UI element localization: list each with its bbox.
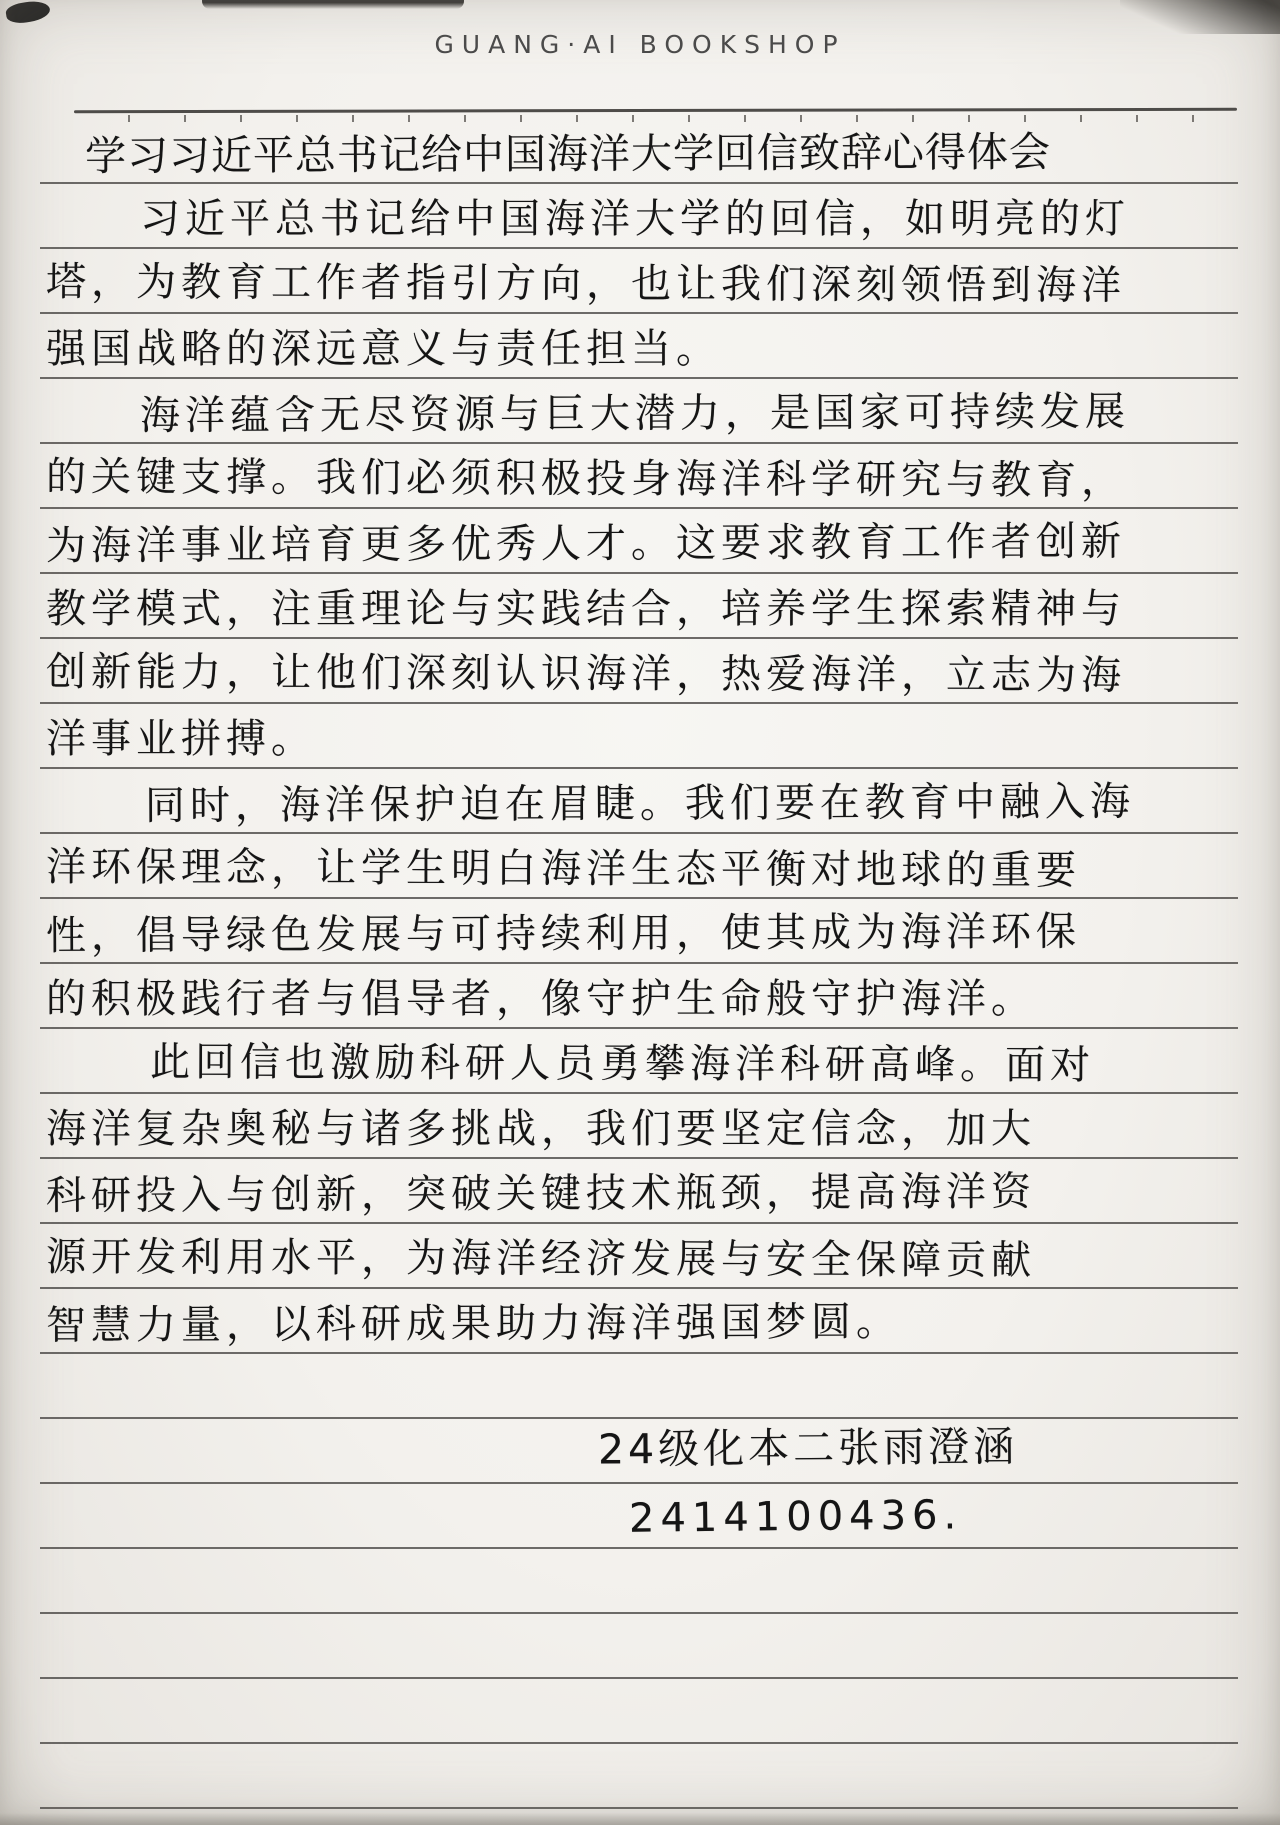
bookshop-brand-text: GUANG·AI BOOKSHOP (0, 30, 1280, 59)
ruled-line (40, 182, 1238, 184)
handwriting-line: 海洋蕴含无尽资源与巨大潜力，是国家可持续发展 (140, 392, 1130, 436)
ruled-line (40, 1677, 1238, 1679)
ruled-line (40, 1157, 1238, 1159)
ruled-line (40, 1807, 1238, 1809)
scan-smudge-top-left (5, 0, 52, 25)
handwriting-line: 为海洋事业培育更多优秀人才。这要求教育工作者创新 (46, 522, 1126, 567)
ruled-line (40, 377, 1238, 379)
handwriting-line: 塔，为教育工作者指引方向，也让我们深刻领悟到海洋 (46, 262, 1126, 306)
ruled-line (40, 507, 1238, 509)
handwriting-line: 洋环保理念，让学生明白海洋生态平衡对地球的重要 (46, 847, 1081, 891)
notebook-page: GUANG·AI BOOKSHOP 学习习近平总书记给中国海洋大学回信致辞心得体… (0, 0, 1280, 1825)
handwriting-line: 强国战略的深远意义与责任担当。 (46, 329, 721, 369)
ruled-line (40, 832, 1238, 834)
ruled-line (40, 442, 1238, 444)
handwriting-line: 同时，海洋保护迫在眉睫。我们要在教育中融入海 (145, 782, 1135, 826)
ruled-line (40, 897, 1238, 899)
ruled-line (40, 572, 1238, 574)
ruled-line (40, 767, 1238, 769)
ruler-tick-marks (128, 115, 1214, 122)
ruled-line (40, 312, 1238, 314)
handwriting-line: 此回信也激励科研人员勇攀海洋科研高峰。面对 (150, 1042, 1095, 1085)
ruled-line (40, 1482, 1238, 1484)
ruled-line (40, 1092, 1238, 1094)
scan-shadow-bottom-edge (0, 1813, 1280, 1825)
ruled-line (40, 1352, 1238, 1354)
ruled-line (40, 1287, 1238, 1289)
signature-student-id: 2414100436. (629, 1495, 963, 1538)
ruled-line (40, 702, 1238, 704)
handwriting-line: 源开发利用水平，为海洋经济发展与安全保障贡献 (46, 1237, 1036, 1280)
scan-shadow-top-edge (202, 0, 464, 9)
ruled-line (40, 962, 1238, 964)
handwriting-line: 的关键支撑。我们必须积极投身海洋科学研究与教育， (46, 457, 1126, 501)
handwriting-line: 学习习近平总书记给中国海洋大学回信致辞心得体会 (85, 132, 1051, 177)
handwriting-line: 海洋复杂奥秘与诸多挑战，我们要坚定信念，加大 (46, 1109, 1036, 1149)
ruled-line (40, 1742, 1238, 1744)
handwriting-line: 智慧力量，以科研成果助力海洋强国梦圆。 (46, 1302, 901, 1346)
handwriting-line: 习近平总书记给中国海洋大学的回信，如明亮的灯 (140, 199, 1130, 239)
top-margin-line (74, 108, 1237, 113)
handwriting-line: 性，倡导绿色发展与可持续利用，使其成为海洋环保 (46, 912, 1081, 957)
ruled-line (40, 637, 1238, 639)
ruled-line (40, 1417, 1238, 1419)
ruled-line (40, 1547, 1238, 1549)
handwriting-line: 创新能力，让他们深刻认识海洋，热爱海洋，立志为海 (46, 652, 1126, 696)
ruled-line (40, 247, 1238, 249)
handwriting-line: 洋事业拼搏。 (46, 719, 316, 759)
ruled-line (40, 1027, 1238, 1029)
signature-class-name: 24级化本二张雨澄涵 (598, 1427, 1018, 1471)
handwriting-line: 的积极践行者与倡导者，像守护生命般守护海洋。 (46, 979, 1036, 1019)
ruled-line (40, 1612, 1238, 1614)
scan-shadow-top-right (1120, 0, 1280, 34)
handwriting-line: 科研投入与创新，突破关键技术瓶颈，提高海洋资 (46, 1172, 1036, 1216)
ruled-line (40, 1222, 1238, 1224)
handwriting-line: 教学模式，注重理论与实践结合，培养学生探索精神与 (46, 589, 1126, 629)
